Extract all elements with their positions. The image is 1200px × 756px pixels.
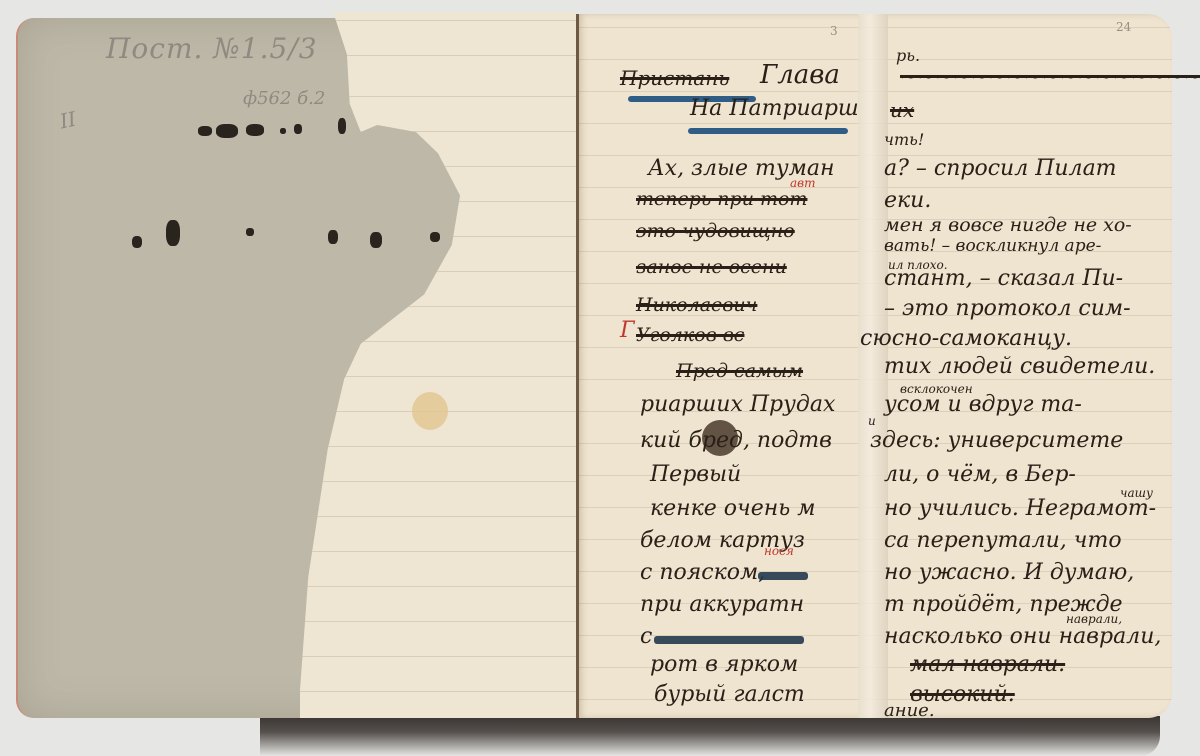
line-16-left: с (640, 624, 652, 649)
line-15-left: при аккуратн (640, 592, 804, 617)
ink-speck (294, 124, 302, 134)
line-14-right: но ужасно. И думаю, (884, 560, 1134, 585)
line-1-right: а? – спросил Пилат (884, 156, 1117, 181)
heading-struck: Пристань (620, 66, 729, 90)
line-3-left: это чудовищно (636, 220, 795, 242)
interlinear-3: и (868, 414, 876, 428)
binding-gutter (576, 14, 579, 718)
line-5-left: заное не осени (636, 256, 787, 278)
water-stain (412, 392, 448, 430)
ink-speck (246, 228, 254, 236)
line-3-right: мен я вовсе нигде не хо- (884, 214, 1132, 236)
open-notebook: Пост. №1.5/3 ф562 б.2 II 3 24 рь. Приста… (0, 0, 1200, 756)
line-19-right: ание. (884, 700, 935, 721)
line-10-right: здесь: университете (870, 428, 1123, 453)
line-6-left: Николаевич (636, 294, 757, 316)
ink-speck (132, 236, 142, 248)
shadow (260, 716, 1160, 756)
ink-speck (280, 128, 286, 134)
top-fragment: рь. (896, 46, 920, 65)
chapter-subheading: На Патриарш (690, 96, 859, 121)
archive-inscription: Пост. №1.5/3 (106, 32, 318, 65)
line-17-right: мал наврали. (910, 652, 1065, 677)
red-annotation-2: нося (764, 544, 794, 558)
blue-strikeout (758, 572, 808, 580)
line-7-right: сюсно-самоканцу. (860, 326, 1072, 351)
page-number-right: 24 (1116, 20, 1131, 34)
line-7-left: Уголков вс (636, 324, 744, 346)
line-5-right: стант, – сказал Пи- (884, 266, 1123, 291)
line-11-right: ли, о чём, в Бер- (884, 462, 1076, 487)
line-4-right: вать! – воскликнул аре- (884, 236, 1101, 256)
line-12-left: кенке очень м (650, 496, 815, 521)
ink-speck (246, 124, 264, 136)
line-8-right: тих людей свидетели. (884, 354, 1155, 379)
page-number-left: 3 (830, 24, 838, 38)
line-9-left: риарших Прудах (640, 392, 835, 417)
line-2-left: теперь при тот (636, 188, 807, 210)
archive-subline: ф562 б.2 (243, 88, 325, 109)
line-9-right: усом и вдруг та- (884, 392, 1082, 417)
line-17-left: рот в ярком (650, 652, 798, 677)
line-16-right: насколько они наврали, (884, 624, 1161, 649)
ink-speck (328, 230, 338, 244)
line-11-left: Первый (650, 462, 741, 487)
line-18-left: бурый галст (654, 682, 805, 707)
chapter-heading: Глава (760, 60, 840, 90)
line-6-right: – это протокол сим- (884, 296, 1131, 321)
line-14-left: с пояском, (640, 560, 765, 585)
ink-speck (166, 220, 180, 246)
line-0-right: чть! (884, 130, 924, 149)
red-paragraph-mark: Г (620, 318, 635, 343)
ink-speck (198, 126, 212, 136)
blue-underline (688, 128, 848, 134)
blue-strikeout (654, 636, 804, 644)
line-8-left: Пред самым (676, 360, 803, 382)
interlinear-5: чашу (1120, 486, 1153, 500)
heading-struck-text: ~~~~~~~~~~~~~~~~~~~ (900, 64, 1200, 88)
line-10-left: кий бред, подтв (640, 428, 832, 453)
ink-speck (216, 124, 238, 138)
line-2-right: еки. (884, 188, 931, 213)
line-12-right: но учились. Неграмот- (884, 496, 1156, 521)
subheading-cont: их (890, 98, 914, 122)
line-13-right: са перепутали, что (884, 528, 1122, 553)
roman-numeral: II (58, 107, 78, 134)
ink-speck (370, 232, 382, 248)
ink-speck (338, 118, 346, 134)
ink-speck (430, 232, 440, 242)
